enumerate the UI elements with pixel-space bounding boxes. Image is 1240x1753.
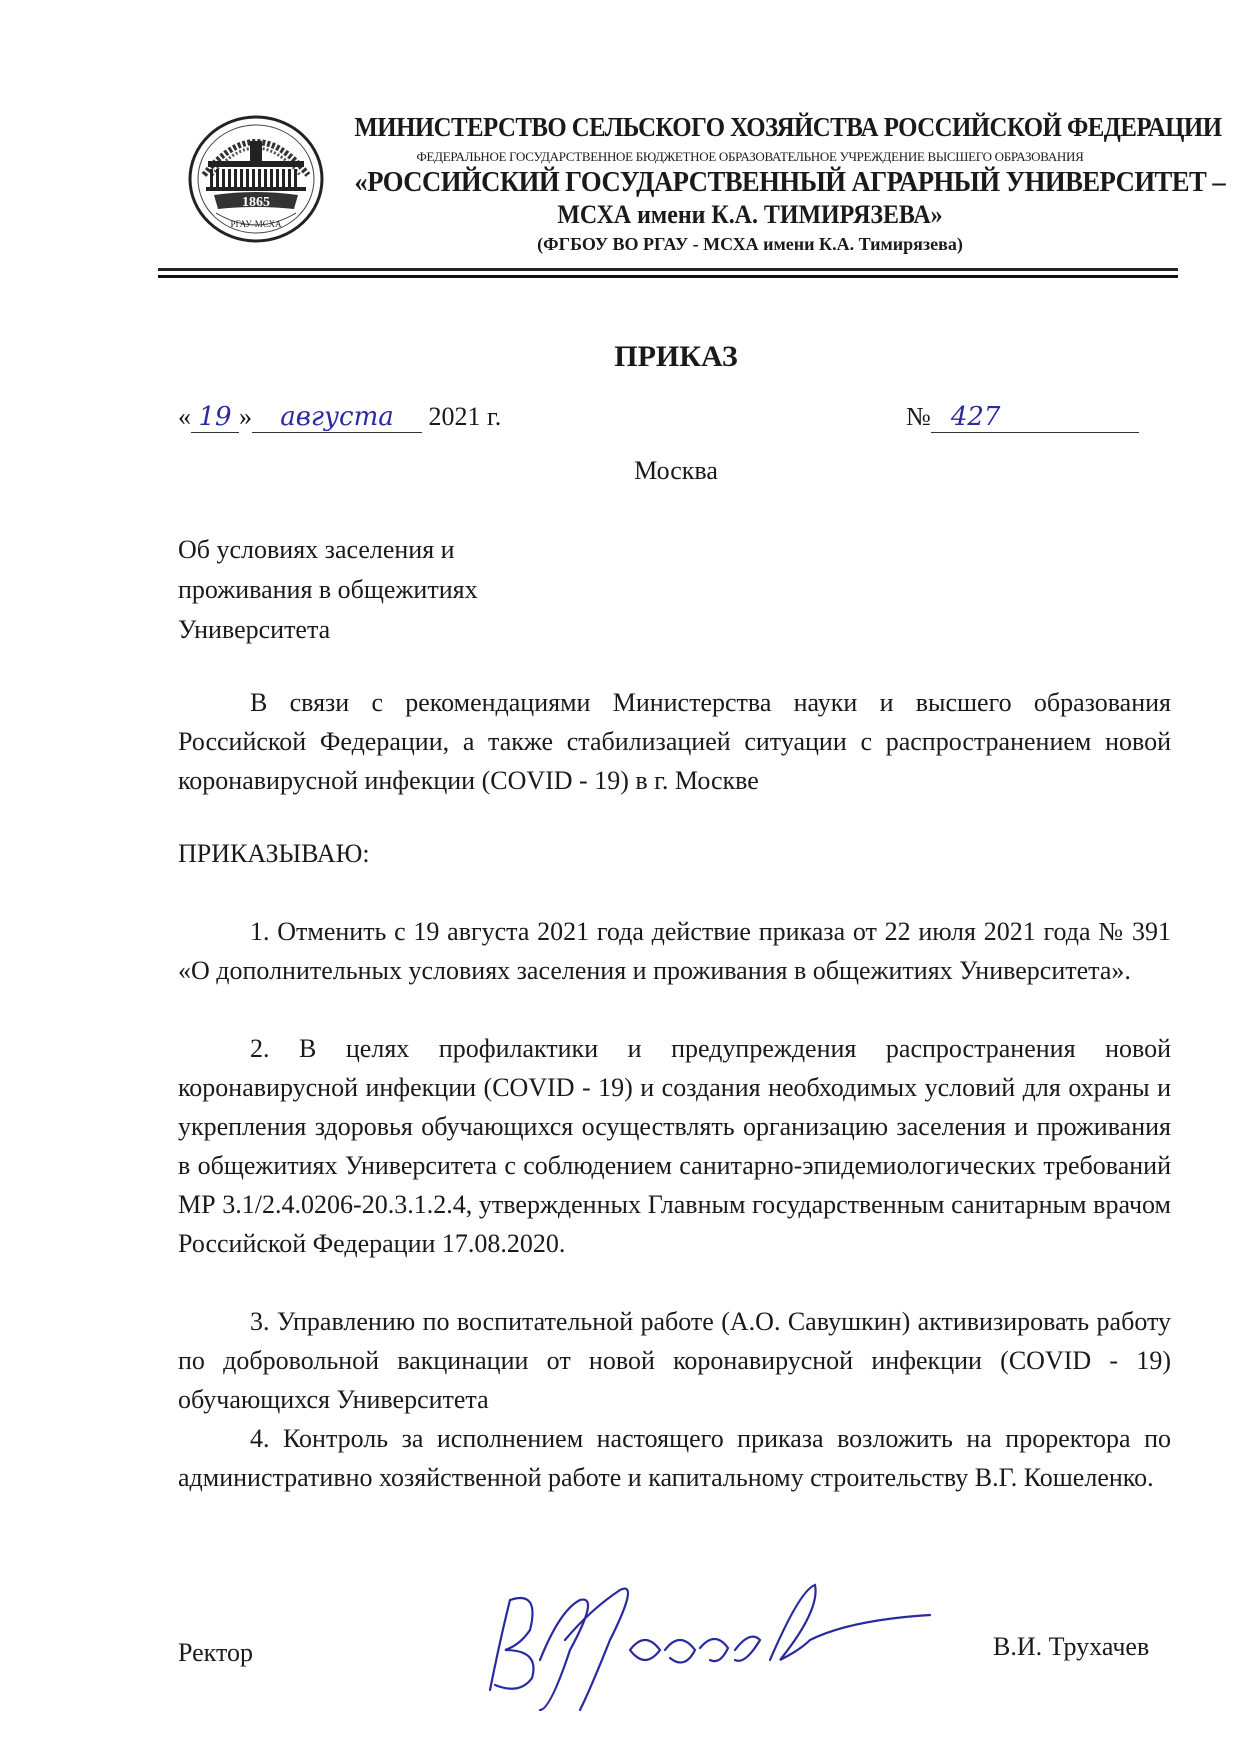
order-word: ПРИКАЗЫВАЮ: [178,834,1171,873]
subject-line: Университета [178,610,478,650]
document-city: Москва [0,456,1240,486]
document-title: ПРИКАЗ [0,340,1240,374]
order-item-text: 4. Контроль за исполнением настоящего пр… [178,1424,1171,1492]
order-item-text: 2. В целях профилактики и предупреждения… [178,1034,1171,1258]
date-open-quote: « [178,402,191,431]
header-divider-top [158,268,1178,271]
date-close-quote: » [239,402,252,431]
document-date: «19»августа 2021 г. [178,402,501,433]
document-subject: Об условиях заселения и проживания в общ… [178,530,478,650]
svg-text:1865: 1865 [242,195,270,210]
signatory-position: Ректор [178,1638,253,1668]
number-value: 427 [931,402,1139,433]
order-item-4: 4. Контроль за исполнением настоящего пр… [178,1419,1171,1497]
university-seal-icon: 1865 РГАУ-МСХА [186,113,326,245]
number-label: № [906,402,931,431]
order-item-text: 3. Управлению по воспитательной работе (… [178,1307,1171,1414]
subject-line: проживания в общежитиях [178,570,478,610]
university-name-line2: МСХА имени К.А. ТИМИРЯЗЕВА» [354,200,1145,230]
order-item-2: 2. В целях профилактики и предупреждения… [178,1029,1171,1263]
preamble-text: В связи с рекомендациями Министерства на… [178,688,1171,795]
date-day: 19 [191,402,239,433]
date-year: 2021 г. [429,402,502,431]
institution-type: ФЕДЕРАЛЬНОЕ ГОСУДАРСТВЕННОЕ БЮДЖЕТНОЕ ОБ… [320,149,1180,165]
university-abbreviation: (ФГБОУ ВО РГАУ - МСХА имени К.А. Тимиряз… [320,234,1180,255]
date-month: августа [252,402,422,433]
university-name-line1: «РОССИЙСКИЙ ГОСУДАРСТВЕННЫЙ АГРАРНЫЙ УНИ… [354,166,1145,199]
subject-line: Об условиях заселения и [178,530,478,570]
order-item-text: 1. Отменить с 19 августа 2021 года дейст… [178,917,1171,985]
order-item-3: 3. Управлению по воспитательной работе (… [178,1302,1171,1419]
svg-text:РГАУ-МСХА: РГАУ-МСХА [230,219,282,229]
document-number: №427 [906,402,1139,433]
preamble-paragraph: В связи с рекомендациями Министерства на… [178,683,1171,800]
signatory-name: В.И. Трухачев [993,1632,1149,1662]
ministry-name: МИНИСТЕРСТВО СЕЛЬСКОГО ХОЗЯЙСТВА РОССИЙС… [354,112,1145,143]
order-item-1: 1. Отменить с 19 августа 2021 года дейст… [178,912,1171,990]
handwritten-signature-icon [470,1570,950,1730]
header-divider-bottom [158,275,1178,278]
